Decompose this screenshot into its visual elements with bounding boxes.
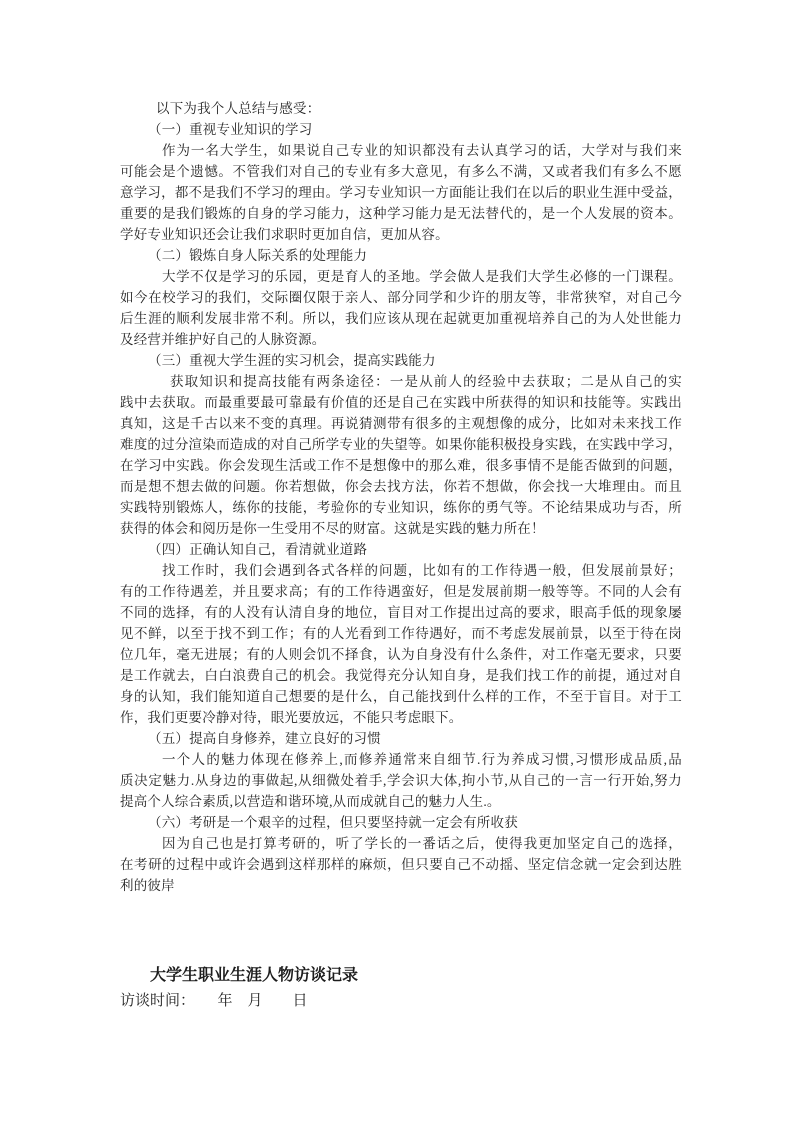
section-heading: （四）正确认知自己，看清就业道路 — [120, 539, 682, 560]
paragraph: 以下为我个人总结与感受： — [120, 98, 682, 119]
text-line: 不同的选择，有的人没有认清自身的地位，盲目对工作提出过高的要求，眼高手低的现象屡 — [120, 602, 682, 623]
text-line: 一个人的魅力体现在修养上,而修养通常来自细节.行为养成习惯,习惯形成品质,品 — [120, 749, 682, 770]
text-line: 是工作就去，白白浪费自己的机会。我觉得充分认知自身，是我们找工作的前提，通过对自 — [120, 665, 682, 686]
text-line: 及经营并维护好自己的人脉资源。 — [120, 329, 682, 350]
paragraph: 获取知识和提高技能有两条途径：一是从前人的经验中去获取；二是从自己的实践中去获取… — [120, 371, 682, 539]
text-line: 后生涯的顺利发展非常不利。所以，我们应该从现在起就更加重视培养自己的为人处世能力 — [120, 308, 682, 329]
interview-time-line: 访谈时间： 年 月 日 — [120, 990, 682, 1012]
record-section: 大学生职业生涯人物访谈记录 访谈时间： 年 月 日 — [120, 964, 682, 1012]
text-line: 作，我们更要冷静对待，眼光要放远，不能只考虑眼下。 — [120, 707, 682, 728]
text-line: 位几年，毫无进展；有的人则会饥不择食，认为自身没有什么条件，对工作毫无要求，只要 — [120, 644, 682, 665]
text-line: 找工作时，我们会遇到各式各样的问题，比如有的工作待遇一般，但发展前景好； — [120, 560, 682, 581]
text-line: 质决定魅力.从身边的事做起,从细微处着手,学会识大体,拘小节,从自己的一言一行开… — [120, 770, 682, 791]
text-line: 提高个人综合素质,以营造和谐环境,从而成就自己的魅力人生.。 — [120, 791, 682, 812]
section-heading: （三）重视大学生涯的实习机会，提高实践能力 — [120, 350, 682, 371]
text-line: （四）正确认知自己，看清就业道路 — [120, 539, 682, 560]
text-line: 实践特别锻炼人，练你的技能，考验你的专业知识，练你的勇气等。不论结果成功与否，所 — [120, 497, 682, 518]
paragraph: 因为自己也是打算考研的，听了学长的一番话之后，使得我更加坚定自己的选择，在考研的… — [120, 833, 682, 896]
record-title: 大学生职业生涯人物访谈记录 — [120, 964, 682, 988]
text-line: （六）考研是一个艰辛的过程，但只要坚持就一定会有所收获 — [120, 812, 682, 833]
text-line: （五）提高自身修养，建立良好的习惯 — [120, 728, 682, 749]
text-line: 大学不仅是学习的乐园，更是育人的圣地。学会做人是我们大学生必修的一门课程。 — [120, 266, 682, 287]
paragraph: 作为一名大学生，如果说自己专业的知识都没有去认真学习的话，大学对与我们来说，可能… — [120, 140, 682, 245]
text-line: 有的工作待遇差，并且要求高；有的工作待遇蛮好，但是发展前期一般等等。不同的人会有 — [120, 581, 682, 602]
text-line: （二）锻炼自身人际关系的处理能力 — [120, 245, 682, 266]
document-page: 以下为我个人总结与感受：（一）重视专业知识的学习作为一名大学生，如果说自己专业的… — [0, 0, 793, 1122]
text-line: 在考研的过程中或许会遇到这样那样的麻烦，但只要自己不动摇、坚定信念就一定会到达胜 — [120, 854, 682, 875]
section-heading: （五）提高自身修养，建立良好的习惯 — [120, 728, 682, 749]
text-line: 因为自己也是打算考研的，听了学长的一番话之后，使得我更加坚定自己的选择， — [120, 833, 682, 854]
paragraph: 一个人的魅力体现在修养上,而修养通常来自细节.行为养成习惯,习惯形成品质,品质决… — [120, 749, 682, 812]
text-line: （三）重视大学生涯的实习机会，提高实践能力 — [120, 350, 682, 371]
text-line: 作为一名大学生，如果说自己专业的知识都没有去认真学习的话，大学对与我们来说， — [120, 140, 682, 161]
text-line: 获取知识和提高技能有两条途径：一是从前人的经验中去获取；二是从自己的实 — [120, 371, 682, 392]
text-line: 以下为我个人总结与感受： — [120, 98, 682, 119]
text-line: 在学习中实践。你会发现生活或工作不是想像中的那么难，很多事情不是能否做到的问题， — [120, 455, 682, 476]
text-line: （一）重视专业知识的学习 — [120, 119, 682, 140]
text-line: 而是想不想去做的问题。你若想做，你会去找方法，你若不想做，你会找一大堆理由。而且 — [120, 476, 682, 497]
section-heading: （二）锻炼自身人际关系的处理能力 — [120, 245, 682, 266]
text-line: 利的彼岸 — [120, 875, 682, 896]
text-line: 难度的过分渲染而造成的对自己所学专业的失望等。如果你能积极投身实践，在实践中学习… — [120, 434, 682, 455]
text-line: 学好专业知识还会让我们求职时更加自信，更加从容。 — [120, 224, 682, 245]
text-line: 如今在校学习的我们，交际圈仅限于亲人、部分同学和少许的朋友等，非常狭窄，对自己今 — [120, 287, 682, 308]
section-heading: （六）考研是一个艰辛的过程，但只要坚持就一定会有所收获 — [120, 812, 682, 833]
text-line: 见不鲜，以至于找不到工作；有的人光看到工作待遇好，而不考虑发展前景，以至于待在岗 — [120, 623, 682, 644]
text-line: 身的认知，我们能知道自己想要的是什么，自己能找到什么样的工作，不至于盲目。对于工 — [120, 686, 682, 707]
text-line: 可能会是个遗憾。不管我们对自己的专业有多大意见，有多么不满，又或者我们有多么不愿 — [120, 161, 682, 182]
paragraph: 大学不仅是学习的乐园，更是育人的圣地。学会做人是我们大学生必修的一门课程。如今在… — [120, 266, 682, 350]
text-line: 获得的体会和阅历是你一生受用不尽的财富。这就是实践的魅力所在！ — [120, 518, 682, 539]
document-body: 以下为我个人总结与感受：（一）重视专业知识的学习作为一名大学生，如果说自己专业的… — [120, 98, 682, 896]
section-heading: （一）重视专业知识的学习 — [120, 119, 682, 140]
text-line: 真知，这是千古以来不变的真理。再说猜测带有很多的主观想像的成分，比如对未来找工作 — [120, 413, 682, 434]
text-line: 重要的是我们锻炼的自身的学习能力，这种学习能力是无法替代的，是一个人发展的资本。 — [120, 203, 682, 224]
paragraph: 找工作时，我们会遇到各式各样的问题，比如有的工作待遇一般，但发展前景好；有的工作… — [120, 560, 682, 728]
text-line: 践中去获取。而最重要最可靠最有价值的还是自己在实践中所获得的知识和技能等。实践出 — [120, 392, 682, 413]
text-line: 意学习，都不是我们不学习的理由。学习专业知识一方面能让我们在以后的职业生涯中受益… — [120, 182, 682, 203]
